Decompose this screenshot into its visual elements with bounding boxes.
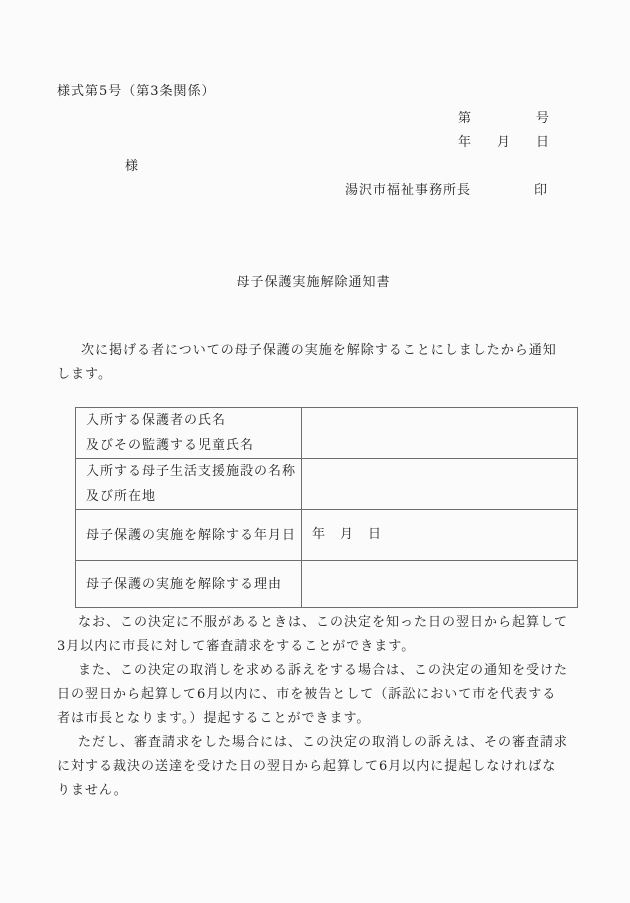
addressee-honorific: 様 — [125, 155, 139, 179]
document-number-prefix: 第 — [458, 107, 472, 131]
page-title: 母子保護実施解除通知書 — [57, 271, 570, 295]
table-row-termination-date: 母子保護の実施を解除する年月日 年 月 日 — [76, 510, 578, 561]
row-label: 入所する母子生活支援施設の名称 及び所在地 — [76, 459, 302, 510]
notice-document-page: 様式第5号（第3条関係） 第 号 年 月 日 様 湯沢市福祉事務所長 印 母子保… — [0, 0, 630, 903]
recipient-info-table: 入所する保護者の氏名 及びその監護する児童氏名 入所する母子生活支援施設の名称 … — [75, 407, 578, 608]
row-label: 入所する保護者の氏名 及びその監護する児童氏名 — [76, 408, 302, 459]
sender-title: 湯沢市福祉事務所長 — [345, 179, 471, 203]
intro-paragraph: 次に掲げる者についての母子保護の実施を解除することにしましたから通知します。 — [57, 339, 570, 387]
table-row-facility-name-and-address: 入所する母子生活支援施設の名称 及び所在地 — [76, 459, 578, 510]
row-label: 母子保護の実施を解除する理由 — [76, 561, 302, 608]
row-value — [302, 459, 578, 510]
row-value — [302, 561, 578, 608]
note-appeal-paragraph: なお、この決定に不服があるときは、この決定を知った日の翌日から起算して3月以内に… — [57, 611, 570, 659]
document-number-suffix: 号 — [536, 107, 550, 131]
sender-line: 湯沢市福祉事務所長 印 — [345, 179, 548, 203]
row-value — [302, 408, 578, 459]
form-number: 様式第5号（第3条関係） — [57, 80, 216, 104]
note-lawsuit-paragraph: また、この決定の取消しを求める訴えをする場合は、この決定の通知を受けた日の翌日か… — [57, 659, 570, 731]
legal-notes: なお、この決定に不服があるときは、この決定を知った日の翌日から起算して3月以内に… — [57, 611, 570, 803]
date-line: 年 月 日 — [458, 131, 550, 155]
table-row-guardian-and-children-names: 入所する保護者の氏名 及びその監護する児童氏名 — [76, 408, 578, 459]
note-deadline-paragraph: ただし、審査請求をした場合には、この決定の取消しの訴えは、その審査請求に対する裁… — [57, 731, 570, 803]
table-row-termination-reason: 母子保護の実施を解除する理由 — [76, 561, 578, 608]
row-value: 年 月 日 — [302, 510, 578, 561]
row-label: 母子保護の実施を解除する年月日 — [76, 510, 302, 561]
document-number-line: 第 号 — [458, 107, 550, 131]
date-month-label: 月 — [497, 131, 511, 155]
date-year-label: 年 — [458, 131, 472, 155]
date-day-label: 日 — [536, 131, 550, 155]
seal-mark: 印 — [534, 179, 548, 203]
